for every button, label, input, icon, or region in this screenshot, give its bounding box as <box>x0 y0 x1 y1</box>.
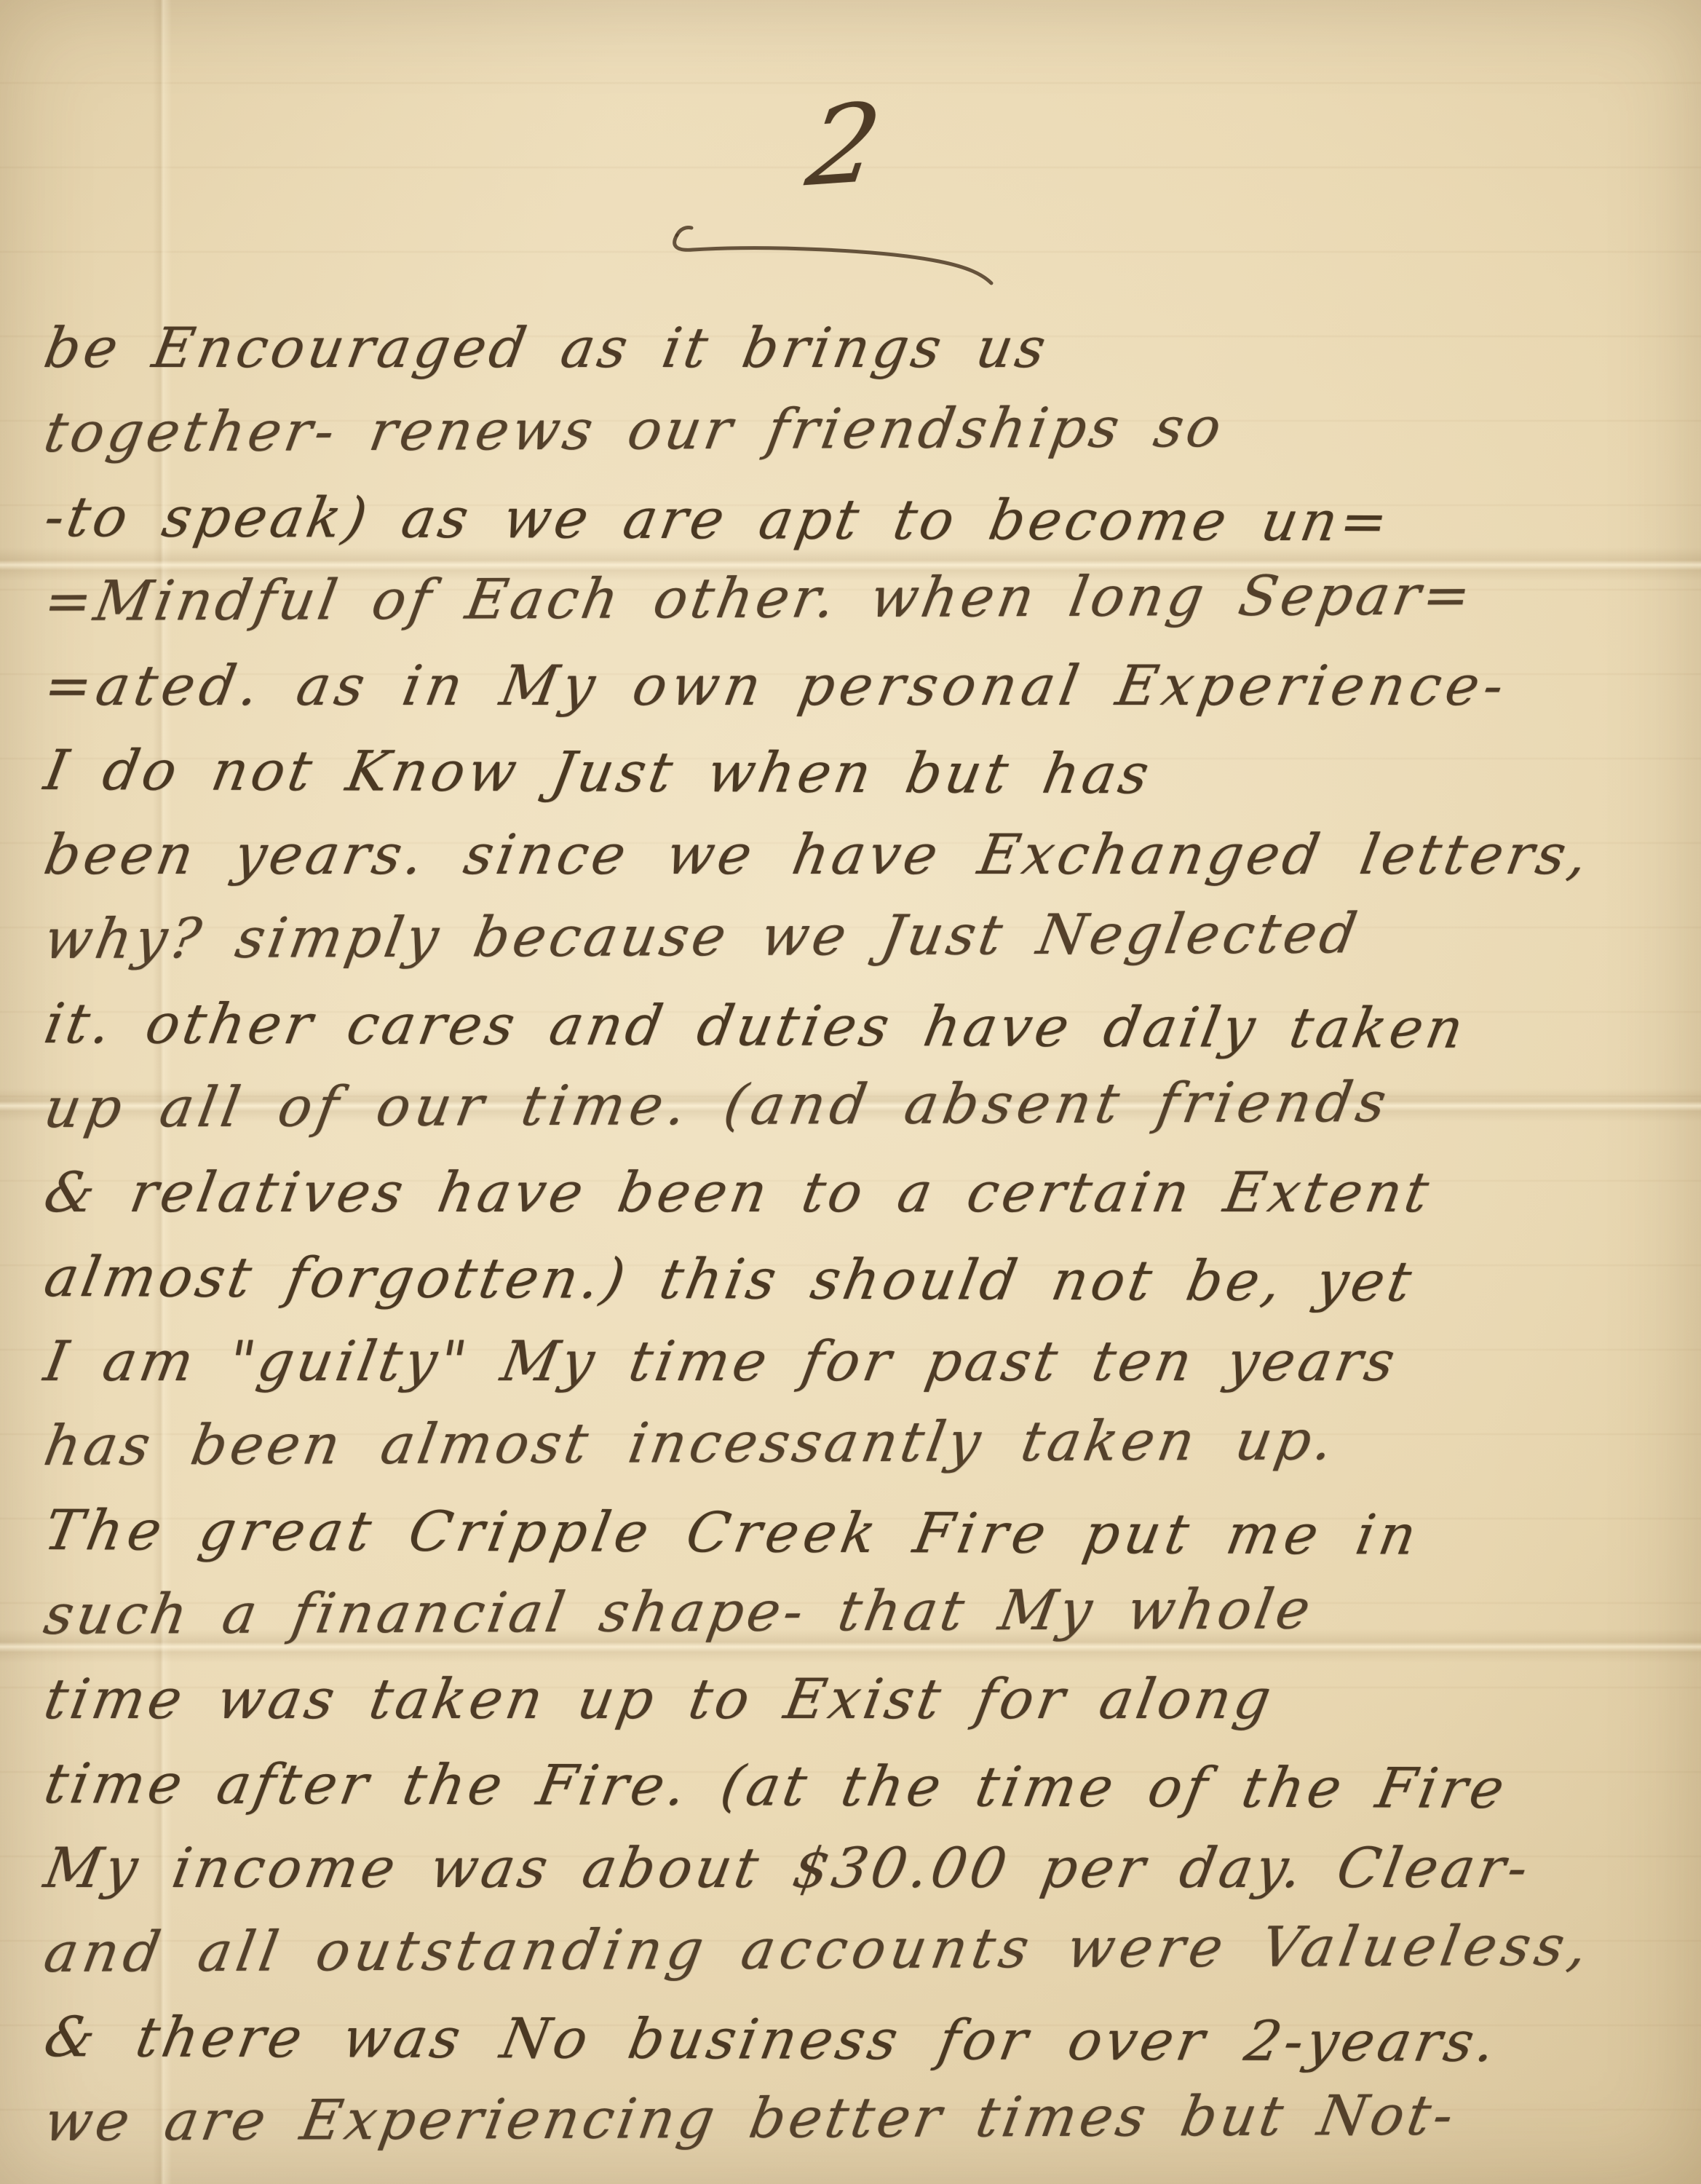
letter-line: be Encouraged as it brings us <box>38 306 1686 390</box>
letter-line: almost forgotten.) this should not be, y… <box>38 1235 1686 1325</box>
letter-line: up all of our time. (and absent friends <box>38 1059 1688 1150</box>
letter-line: My income was about $30.00 per day. Clea… <box>38 1826 1686 1910</box>
letter-line: such a financial shape- that My whole <box>38 1565 1688 1657</box>
letter-line: =ated. as in My own personal Experience- <box>38 644 1686 728</box>
letter-line: we are Experiencing better times but Not… <box>38 2072 1688 2164</box>
letter-line: & there was No business for over 2-years… <box>38 1995 1686 2085</box>
letter-line: and all outstanding accounts were Valuel… <box>38 1903 1688 1995</box>
letter-line: it. other cares and duties have daily ta… <box>38 981 1686 1072</box>
letter-line: I do not Know Just when but has <box>38 728 1686 818</box>
letter-line: The great Cripple Creek Fire put me in <box>38 1488 1686 1578</box>
letter-line: time after the Fire. (at the time of the… <box>38 1741 1686 1832</box>
page-number-underline-flourish <box>662 207 1012 295</box>
letter-line: -to speak) as we are apt to become un= <box>38 475 1686 565</box>
letter-line: why? simply because we Just Neglected <box>38 890 1688 981</box>
letter-line: together- renews our friendships so <box>38 383 1688 475</box>
letter-line: has been almost incessantly taken up. <box>38 1396 1688 1488</box>
letter-line: been years. since we have Exchanged lett… <box>38 812 1686 897</box>
letter-line: I am "guilty" My time for past ten years <box>38 1319 1686 1404</box>
letter-text-block: be Encouraged as it brings us together- … <box>38 306 1672 2164</box>
letter-page: 2 be Encouraged as it brings us together… <box>0 0 1701 2184</box>
letter-line: time was taken up to Exist for along <box>38 1657 1686 1741</box>
letter-line: & relatives have been to a certain Exten… <box>38 1150 1686 1235</box>
page-number: 2 <box>801 85 887 206</box>
letter-line: =Mindful of Each other. when long Separ= <box>38 552 1688 644</box>
page-number-block: 2 <box>641 87 1048 298</box>
